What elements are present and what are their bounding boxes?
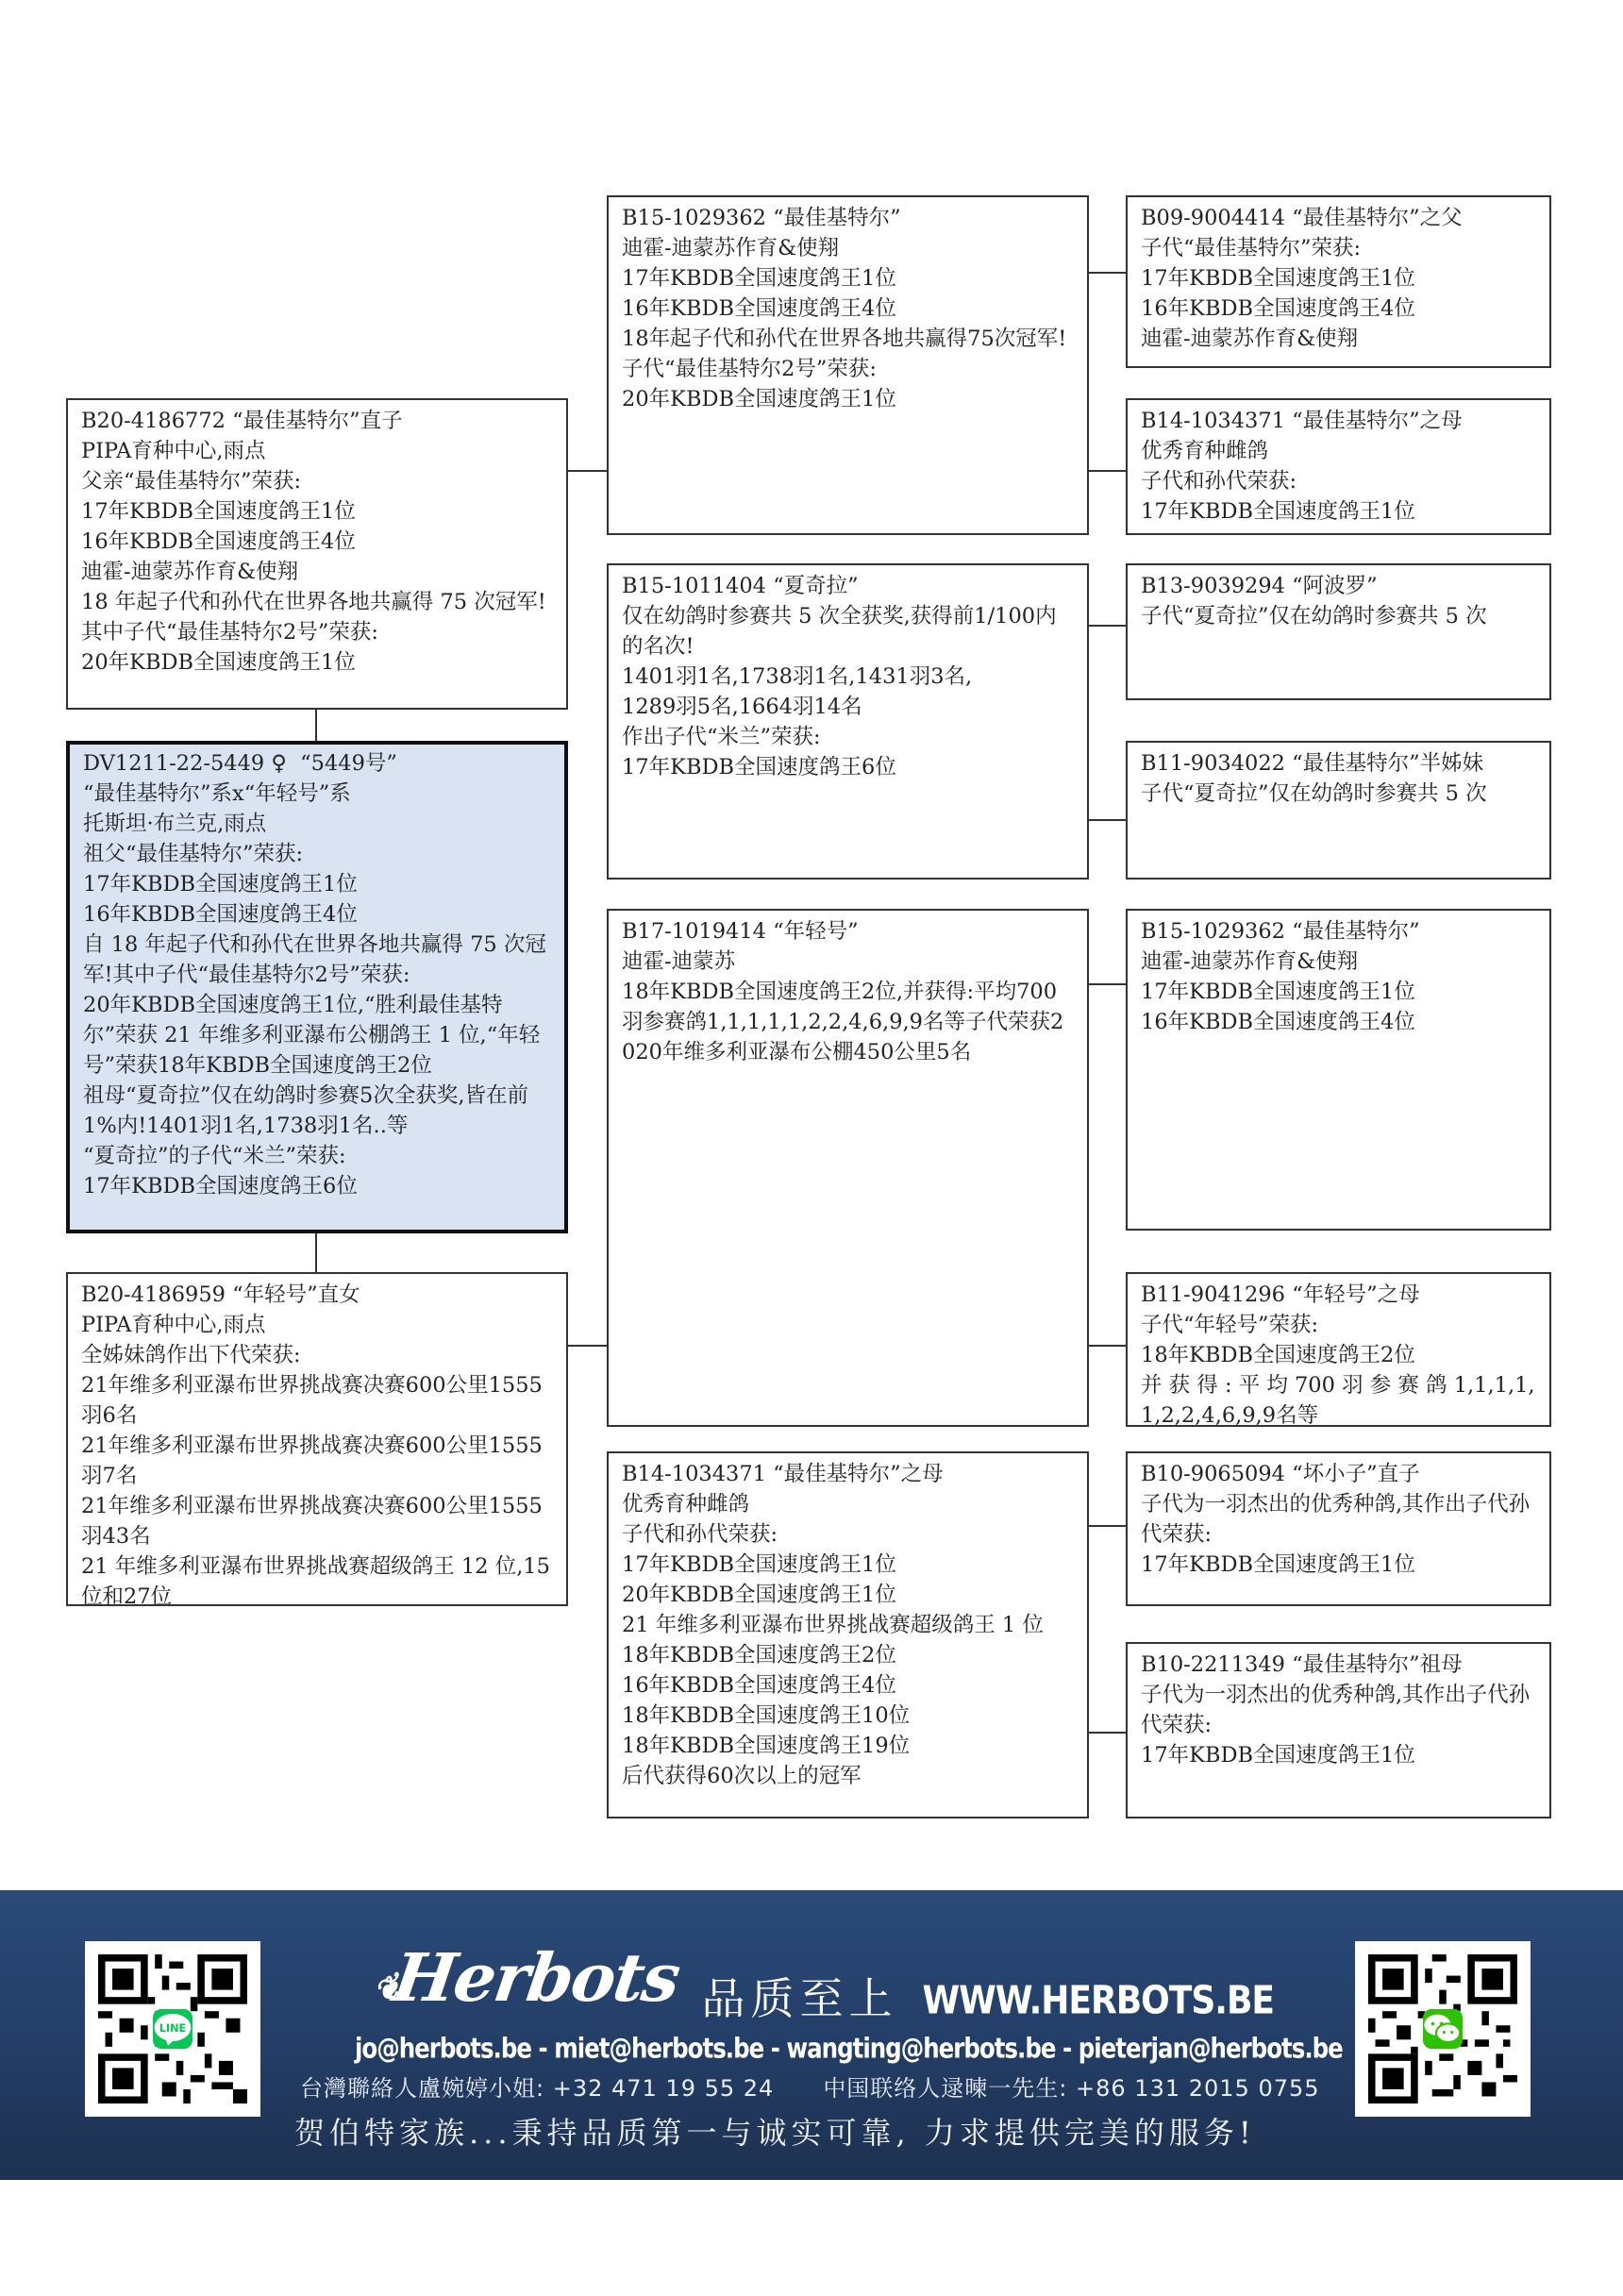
pigeon-id-line: B20-4186959 “年轻号”直女	[81, 1280, 553, 1310]
pedigree-text-line: 21 年维多利亚瀑布世界挑战赛超级鸽王 1 位	[622, 1610, 1074, 1640]
ggp-card-8: B10-2211349 “最佳基特尔”祖母子代为一羽杰出的优秀种鸽,其作出子代孙…	[1126, 1642, 1551, 1818]
pedigree-text-line: 17年KBDB全国速度鸽王6位	[622, 752, 1074, 782]
pedigree-text-line: 祖母“夏奇拉”仅在幼鸽时参赛5次全获奖,皆在前1%内!1401羽1名,1738羽…	[83, 1081, 551, 1141]
pedigree-text-line: 16年KBDB全国速度鸽王4位	[622, 1670, 1074, 1701]
svg-text:LINE: LINE	[159, 2022, 187, 2035]
pedigree-text-line: 后代获得60次以上的冠军	[622, 1761, 1074, 1791]
connector-ds-ggp6	[1089, 1345, 1126, 1347]
ggp-card-6: B11-9041296 “年轻号”之母子代“年轻号”荣获:18年KBDB全国速度…	[1126, 1272, 1551, 1427]
pigeon-id-line: B11-9034022 “最佳基特尔”半姊妹	[1141, 748, 1536, 779]
contact-taiwan: 台灣聯絡人盧婉婷小姐: +32 471 19 55 24	[300, 2070, 774, 2103]
wechat-icon	[1423, 2009, 1463, 2049]
pedigree-text-line: 16年KBDB全国速度鸽王4位	[81, 527, 553, 557]
ggp-card-5: B15-1029362 “最佳基特尔”迪霍-迪蒙苏作育&使翔17年KBDB全国速…	[1126, 909, 1551, 1231]
pedigree-text-line: 18年KBDB全国速度鸽王2位	[1141, 1340, 1536, 1370]
pigeon-id-line: B14-1034371 “最佳基特尔”之母	[622, 1459, 1074, 1489]
pedigree-text-line: 16年KBDB全国速度鸽王4位	[622, 293, 1074, 324]
connector-sd-ggp3	[1089, 625, 1126, 627]
pedigree-text-line: 子代和孙代荣获:	[1141, 466, 1536, 496]
connector-ss-ggp1	[1089, 272, 1126, 274]
pedigree-text-line: 子代“最佳基特尔2号”荣获:	[622, 354, 1074, 384]
pedigree-text-line: 20年KBDB全国速度鸽王1位	[622, 384, 1074, 414]
pigeon-id-line: B15-1029362 “最佳基特尔”	[622, 203, 1074, 233]
pedigree-text-line: 20年KBDB全国速度鸽王1位,“胜利最佳基特尔”荣获 21 年维多利亚瀑布公棚…	[83, 990, 551, 1081]
pedigree-text-line: 并 获 得 : 平 均 700 羽 参 赛 鸽 1,1,1,1,1,2,2,4,…	[1141, 1370, 1536, 1431]
contact-row: 台灣聯絡人盧婉婷小姐: +32 471 19 55 24 中国联络人逯暕一先生:…	[300, 2070, 1320, 2103]
pedigree-text-line: 子代“夏奇拉”仅在幼鸽时参赛共 5 次	[1141, 601, 1536, 631]
pedigree-text-line: 自 18 年起子代和孙代在世界各地共赢得 75 次冠军!其中子代“最佳基特尔2号…	[83, 930, 551, 990]
pedigree-text-line: 父亲“最佳基特尔”荣获:	[81, 466, 553, 496]
pedigree-text-line: 21年维多利亚瀑布世界挑战赛决赛600公里1555羽43名	[81, 1491, 553, 1551]
pedigree-text-line: 17年KBDB全国速度鸽王6位	[83, 1171, 551, 1201]
pedigree-text-line: 仅在幼鸽时参赛共 5 次全获奖,获得前1/100内的名次!	[622, 601, 1074, 662]
sire-sire-card: B15-1029362 “最佳基特尔”迪霍-迪蒙苏作育&使翔17年KBDB全国速…	[607, 195, 1089, 535]
brand-logo: ❦Herbots	[370, 1945, 682, 2023]
pedigree-text-line: 子代为一羽杰出的优秀种鸽,其作出子代孙代荣获:	[1141, 1680, 1536, 1740]
pigeon-id-line: B10-9065094 “坏小子”直子	[1141, 1459, 1536, 1489]
pedigree-text-line: “夏奇拉”的子代“米兰”荣获:	[83, 1141, 551, 1171]
pedigree-text-line: 21 年维多利亚瀑布世界挑战赛超级鸽王 12 位,15位和27位	[81, 1551, 553, 1612]
pedigree-text-line: 1289羽5名,1664羽14名	[622, 692, 1074, 722]
pedigree-text-line: 18年KBDB全国速度鸽王2位,并获得:平均700羽参赛鸽1,1,1,1,1,2…	[622, 977, 1074, 1067]
dam-dam-card: B14-1034371 “最佳基特尔”之母优秀育种雌鸽子代和孙代荣获:17年KB…	[607, 1451, 1089, 1818]
pedigree-text-line: 20年KBDB全国速度鸽王1位	[81, 647, 553, 678]
pedigree-text-line: 托斯坦·布兰克,雨点	[83, 809, 551, 839]
pedigree-text-line: 祖父“最佳基特尔”荣获:	[83, 839, 551, 869]
pigeon-id-line: B17-1019414 “年轻号”	[622, 916, 1074, 947]
pedigree-text-line: PIPA育种中心,雨点	[81, 436, 553, 466]
pedigree-text-line: 16年KBDB全国速度鸽王4位	[83, 899, 551, 930]
footer-banner: LINE ❦Herbots 品质至上 WWW.HERBOTS.BE jo@her…	[0, 1890, 1623, 2180]
pedigree-text-line: 18年起子代和孙代在世界各地共赢得75次冠军!	[622, 324, 1074, 354]
pigeon-id-line: B11-9041296 “年轻号”之母	[1141, 1280, 1536, 1310]
connector-sd-ggp4	[1089, 819, 1126, 821]
pedigree-text-line: 迪霍-迪蒙苏作育&使翔	[622, 233, 1074, 263]
pedigree-text-line: 17年KBDB全国速度鸽王1位	[1141, 1550, 1536, 1580]
pedigree-text-line: 17年KBDB全国速度鸽王1位	[83, 869, 551, 899]
pedigree-text-line: 18年KBDB全国速度鸽王10位	[622, 1701, 1074, 1731]
connector-subject-dam	[315, 1233, 317, 1272]
brand-name: Herbots	[389, 1938, 684, 2017]
pedigree-text-line: 迪霍-迪蒙苏作育&使翔	[1141, 324, 1536, 354]
ggp-card-1: B09-9004414 “最佳基特尔”之父子代“最佳基特尔”荣获:17年KBDB…	[1126, 195, 1551, 368]
pedigree-text-line: 子代“年轻号”荣获:	[1141, 1310, 1536, 1340]
pedigree-text-line: 子代为一羽杰出的优秀种鸽,其作出子代孙代荣获:	[1141, 1489, 1536, 1550]
pedigree-text-line: 17年KBDB全国速度鸽王1位	[1141, 263, 1536, 293]
ggp-card-2: B14-1034371 “最佳基特尔”之母优秀育种雌鸽子代和孙代荣获:17年KB…	[1126, 398, 1551, 535]
connector-sire-subject	[315, 710, 317, 741]
pigeon-id-line: B15-1029362 “最佳基特尔”	[1141, 916, 1536, 947]
pedigree-text-line: 18 年起子代和孙代在世界各地共赢得 75 次冠军!	[81, 587, 553, 617]
pedigree-text-line: 1401羽1名,1738羽1名,1431羽3名,	[622, 662, 1074, 692]
contact-china: 中国联络人逯暕一先生: +86 131 2015 0755	[823, 2070, 1319, 2103]
pedigree-text-line: 17年KBDB全国速度鸽王1位	[81, 496, 553, 527]
brand-row: ❦Herbots 品质至上 WWW.HERBOTS.BE	[376, 1945, 1274, 2023]
pedigree-text-line: 迪霍-迪蒙苏作育&使翔	[1141, 947, 1536, 977]
pedigree-text-line: 17年KBDB全国速度鸽王1位	[622, 263, 1074, 293]
connector-ss-ggp2	[1089, 470, 1126, 472]
qr-code-line[interactable]: LINE	[85, 1941, 260, 2117]
website-link[interactable]: WWW.HERBOTS.BE	[922, 1977, 1274, 2027]
pigeon-id-line: B10-2211349 “最佳基特尔”祖母	[1141, 1650, 1536, 1680]
connector-dd-ggp7	[1089, 1525, 1126, 1527]
pedigree-text-line: PIPA育种中心,雨点	[81, 1310, 553, 1340]
pedigree-text-line: 18年KBDB全国速度鸽王19位	[622, 1731, 1074, 1761]
pedigree-text-line: 17年KBDB全国速度鸽王1位	[622, 1550, 1074, 1580]
pedigree-text-line: 18年KBDB全国速度鸽王2位	[622, 1640, 1074, 1670]
pedigree-text-line: 20年KBDB全国速度鸽王1位	[622, 1580, 1074, 1610]
sire-card: B20-4186772 “最佳基特尔”直子PIPA育种中心,雨点父亲“最佳基特尔…	[66, 398, 568, 710]
ggp-card-3: B13-9039294 “阿波罗”子代“夏奇拉”仅在幼鸽时参赛共 5 次	[1126, 563, 1551, 700]
pedigree-text-line: 优秀育种雌鸽	[622, 1489, 1074, 1519]
pedigree-text-line: 作出子代“米兰”荣获:	[622, 722, 1074, 752]
pedigree-text-line: 17年KBDB全国速度鸽王1位	[1141, 496, 1536, 527]
line-icon: LINE	[153, 2009, 192, 2049]
pedigree-text-line: 优秀育种雌鸽	[1141, 436, 1536, 466]
dam-card: B20-4186959 “年轻号”直女PIPA育种中心,雨点全姊妹鸽作出下代荣获…	[66, 1272, 568, 1606]
motto: 贺伯特家族...秉持品质第一与诚实可靠, 力求提供完美的服务!	[294, 2109, 1256, 2153]
pedigree-text-line: 迪霍-迪蒙苏	[622, 947, 1074, 977]
qr-code-wechat[interactable]	[1355, 1941, 1531, 2117]
subject-pigeon-card: DV1211-22-5449 ♀ “5449号”“最佳基特尔”系x“年轻号”系托…	[66, 741, 568, 1233]
connector-dd-ggp8	[1089, 1732, 1126, 1734]
pigeon-id-line: B15-1011404 “夏奇拉”	[622, 571, 1074, 601]
pigeon-id-line: DV1211-22-5449 ♀ “5449号”	[83, 748, 551, 779]
email-list[interactable]: jo@herbots.be - miet@herbots.be - wangti…	[355, 2032, 1261, 2065]
pigeon-id-line: B13-9039294 “阿波罗”	[1141, 571, 1536, 601]
ggp-card-4: B11-9034022 “最佳基特尔”半姊妹子代“夏奇拉”仅在幼鸽时参赛共 5 …	[1126, 741, 1551, 880]
pedigree-text-line: 21年维多利亚瀑布世界挑战赛决赛600公里1555羽6名	[81, 1370, 553, 1431]
sire-dam-card: B15-1011404 “夏奇拉”仅在幼鸽时参赛共 5 次全获奖,获得前1/10…	[607, 563, 1089, 880]
pigeon-id-line: B14-1034371 “最佳基特尔”之母	[1141, 406, 1536, 436]
pedigree-text-line: 子代“夏奇拉”仅在幼鸽时参赛共 5 次	[1141, 779, 1536, 809]
pedigree-text-line: 17年KBDB全国速度鸽王1位	[1141, 977, 1536, 1007]
pedigree-text-line: 子代和孙代荣获:	[622, 1519, 1074, 1550]
pedigree-text-line: 其中子代“最佳基特尔2号”荣获:	[81, 617, 553, 647]
pedigree-text-line: 21年维多利亚瀑布世界挑战赛决赛600公里1555羽7名	[81, 1431, 553, 1491]
pedigree-text-line: 17年KBDB全国速度鸽王1位	[1141, 1740, 1536, 1770]
pigeon-id-line: B09-9004414 “最佳基特尔”之父	[1141, 203, 1536, 233]
pedigree-text-line: “最佳基特尔”系x“年轻号”系	[83, 779, 551, 809]
connector-dam-to-parents	[568, 1345, 607, 1347]
connector-ds-ggp5	[1089, 983, 1126, 985]
pedigree-text-line: 全姊妹鸽作出下代荣获:	[81, 1340, 553, 1370]
pigeon-id-line: B20-4186772 “最佳基特尔”直子	[81, 406, 553, 436]
ggp-card-7: B10-9065094 “坏小子”直子子代为一羽杰出的优秀种鸽,其作出子代孙代荣…	[1126, 1451, 1551, 1606]
pedigree-text-line: 子代“最佳基特尔”荣获:	[1141, 233, 1536, 263]
dam-sire-card: B17-1019414 “年轻号”迪霍-迪蒙苏18年KBDB全国速度鸽王2位,并…	[607, 909, 1089, 1427]
pedigree-text-line: 16年KBDB全国速度鸽王4位	[1141, 293, 1536, 324]
connector-sire-to-parents	[568, 470, 607, 472]
slogan: 品质至上	[701, 1974, 897, 2023]
pedigree-text-line: 迪霍-迪蒙苏作育&使翔	[81, 557, 553, 587]
pedigree-text-line: 16年KBDB全国速度鸽王4位	[1141, 1007, 1536, 1037]
